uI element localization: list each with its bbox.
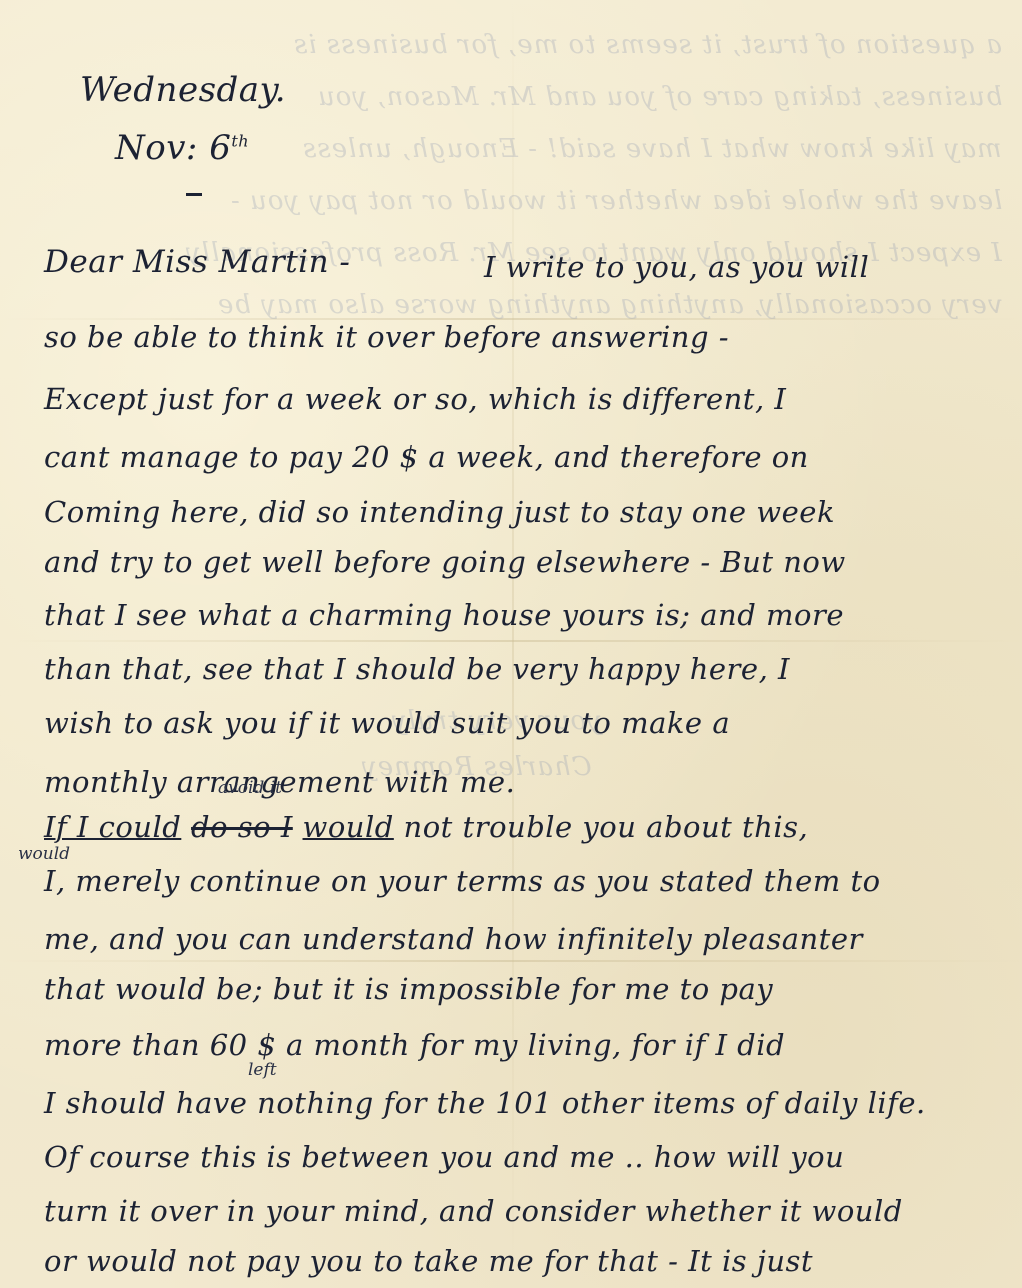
letter-line: that would be; but it is impossible for … — [44, 972, 773, 1006]
paper-fold — [0, 960, 1022, 962]
bleed-through-text: may like know what I have said! - Enough… — [302, 134, 1002, 164]
letter-line: me, and you can understand how infinitel… — [44, 922, 863, 956]
letter-line: Except just for a week or so, which is d… — [44, 382, 786, 416]
letter-line: that I see what a charming house yours i… — [44, 598, 844, 632]
paper-fold — [0, 640, 1022, 642]
letter-line: turn it over in your mind, and consider … — [44, 1194, 903, 1228]
text-rest: not trouble you about this, — [404, 810, 809, 844]
letter-line: cant manage to pay 20 $ a week, and ther… — [44, 440, 809, 474]
heading-dash — [186, 193, 202, 196]
letter-line: I, merely continue on your terms as you … — [44, 864, 881, 898]
insertion-would: would — [18, 844, 70, 864]
letter-line: wish to ask you if it would suit you to … — [44, 706, 730, 740]
bleed-through-text: business, taking care of you and Mr. Mas… — [317, 82, 1002, 112]
letter-line: more than 60 $ a month for my living, fo… — [44, 1028, 785, 1062]
letter-line: or would not pay you to take me for that… — [44, 1244, 813, 1278]
text-nothing-end: for the 101 other items of daily life. — [383, 1086, 925, 1120]
salutation: Dear Miss Martin - — [44, 244, 350, 280]
bleed-through-text: very occasionally, anything anything wor… — [217, 290, 1002, 320]
letter-date: Nov: 6th — [115, 128, 249, 168]
letter-line: than that, see that I should be very hap… — [44, 652, 790, 686]
letter-line: Coming here, did so intending just to st… — [44, 495, 835, 529]
letter-date-text: Nov: 6 — [115, 128, 231, 168]
bleed-through-text: leave the whole idea whether it would or… — [230, 186, 1002, 216]
letter-line: and try to get well before going elsewhe… — [44, 545, 846, 579]
insertion-left: left — [248, 1060, 277, 1080]
letter-day: Wednesday. — [80, 70, 286, 110]
letter-line-if: If I could do so I would not trouble you… — [44, 810, 808, 844]
letter-page: a question of trust, it seems to me, for… — [0, 0, 1022, 1288]
letter-line-nothing: I should have nothing for the 101 other … — [44, 1086, 926, 1120]
letter-date-suffix: th — [231, 132, 249, 151]
letter-line: so be able to think it over before answe… — [44, 320, 729, 354]
text-if-i-could: If I could — [44, 810, 181, 844]
bleed-through-text: a question of trust, it seems to me, for… — [293, 30, 1002, 60]
letter-line: I write to you, as you will — [484, 250, 869, 284]
letter-line: Of course this is between you and me .. … — [44, 1140, 844, 1174]
insertion-avoid-it: avoid it — [218, 778, 282, 798]
text-would: would — [303, 810, 394, 844]
struck-text: do so I — [191, 810, 293, 844]
text-nothing-start: I should have nothing — [44, 1086, 374, 1120]
